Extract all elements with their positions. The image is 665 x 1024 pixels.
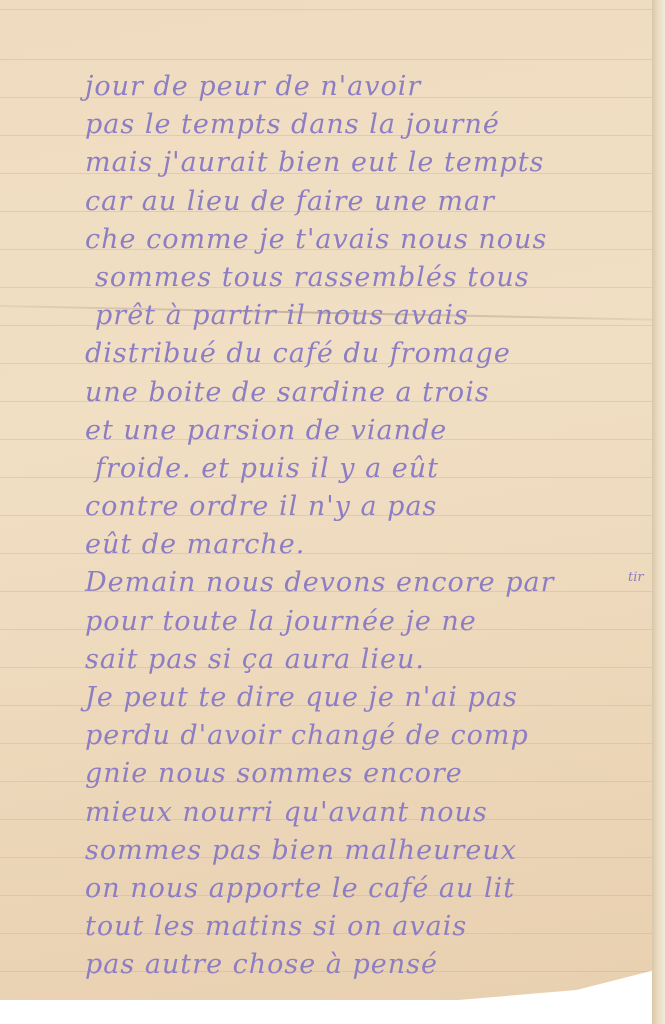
text-line: une boite de sardine a trois xyxy=(85,374,645,412)
letter-page: jour de peur de n'avoir pas le tempts da… xyxy=(0,0,655,1000)
text-line: gnie nous sommes encore xyxy=(85,755,645,793)
page-edge xyxy=(652,0,665,1024)
text-line: contre ordre il n'y a pas xyxy=(85,488,645,526)
text-line: pour toute la journée je ne xyxy=(85,603,645,641)
text-line: pas autre chose à pensé xyxy=(85,946,645,984)
text-line: Demain nous devons encore par xyxy=(85,564,645,602)
text-line: sait pas si ça aura lieu. xyxy=(85,641,645,679)
text-line: eût de marche. xyxy=(85,526,645,564)
text-line: et une parsion de viande xyxy=(85,412,645,450)
text-line: sommes tous rassemblés tous xyxy=(85,259,645,297)
margin-note: tir xyxy=(628,570,644,585)
text-line: sommes pas bien malheureux xyxy=(85,832,645,870)
text-line: froide. et puis il y a eût xyxy=(85,450,645,488)
text-line: mieux nourri qu'avant nous xyxy=(85,794,645,832)
text-line: prêt à partir il nous avais xyxy=(85,297,645,335)
text-line: tout les matins si on avais xyxy=(85,908,645,946)
text-line: pas le tempts dans la journé xyxy=(85,106,645,144)
text-line: car au lieu de faire une mar xyxy=(85,183,645,221)
text-line: distribué du café du fromage xyxy=(85,335,645,373)
text-line: mais j'aurait bien eut le tempts xyxy=(85,144,645,182)
text-line: Je peut te dire que je n'ai pas xyxy=(85,679,645,717)
handwritten-text: jour de peur de n'avoir pas le tempts da… xyxy=(85,68,645,985)
text-line: jour de peur de n'avoir xyxy=(85,68,645,106)
text-line: on nous apporte le café au lit xyxy=(85,870,645,908)
text-line: perdu d'avoir changé de comp xyxy=(85,717,645,755)
text-line: che comme je t'avais nous nous xyxy=(85,221,645,259)
